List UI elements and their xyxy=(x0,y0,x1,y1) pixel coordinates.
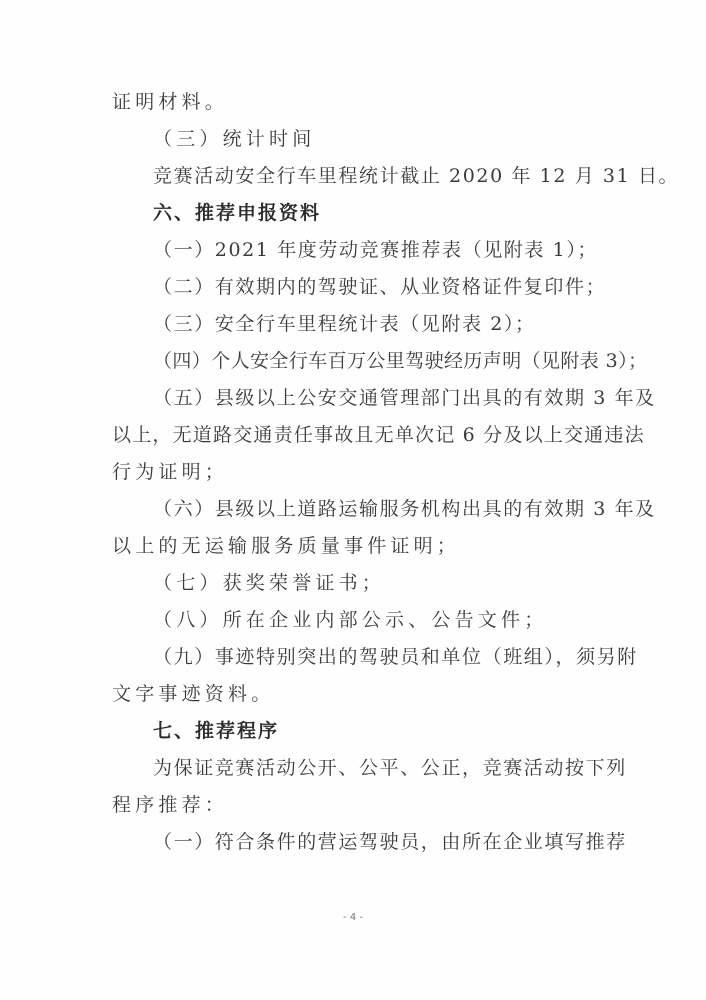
text-line: 行为证明； xyxy=(112,460,604,484)
list-item: （九）事迹特别突出的驾驶员和单位（班组），须另附 xyxy=(153,645,604,669)
list-item: （五）县级以上公安交通管理部门出具的有效期 3 年及 xyxy=(153,386,604,410)
list-item: （一）2021 年度劳动竞赛推荐表（见附表 1）； xyxy=(153,238,604,262)
text-line: 为保证竞赛活动公开、公平、公正，竞赛活动按下列 xyxy=(153,756,604,780)
list-item: （二）有效期内的驾驶证、从业资格证件复印件； xyxy=(153,275,604,299)
document-page: 证明材料。 （三）统计时间 竞赛活动安全行车里程统计截止 2020 年 12 月… xyxy=(0,0,706,1000)
list-item: （六）县级以上道路运输服务机构出具的有效期 3 年及 xyxy=(153,497,604,521)
text-line: 文字事迹资料。 xyxy=(112,682,604,706)
section-heading: 六、推荐申报资料 xyxy=(153,201,604,225)
text-line: 竞赛活动安全行车里程统计截止 2020 年 12 月 31 日。 xyxy=(153,164,604,188)
list-item: （一）符合条件的营运驾驶员，由所在企业填写推荐 xyxy=(153,830,604,854)
list-item: （三）安全行车里程统计表（见附表 2）； xyxy=(153,312,604,336)
text-line: 程序推荐： xyxy=(112,793,604,817)
subsection-title: （三）统计时间 xyxy=(153,127,604,151)
list-item: （八）所在企业内部公示、公告文件； xyxy=(153,608,604,632)
section-heading: 七、推荐程序 xyxy=(153,719,604,743)
text-line: 以上的无运输服务质量事件证明； xyxy=(112,534,604,558)
list-item: （七）获奖荣誉证书； xyxy=(153,571,604,595)
page-number: - 4 - xyxy=(0,912,706,923)
list-item: （四）个人安全行车百万公里驾驶经历声明（见附表 3）； xyxy=(153,349,604,373)
text-line: 证明材料。 xyxy=(112,90,604,114)
text-line: 以上，无道路交通责任事故且无单次记 6 分及以上交通违法 xyxy=(112,423,604,447)
